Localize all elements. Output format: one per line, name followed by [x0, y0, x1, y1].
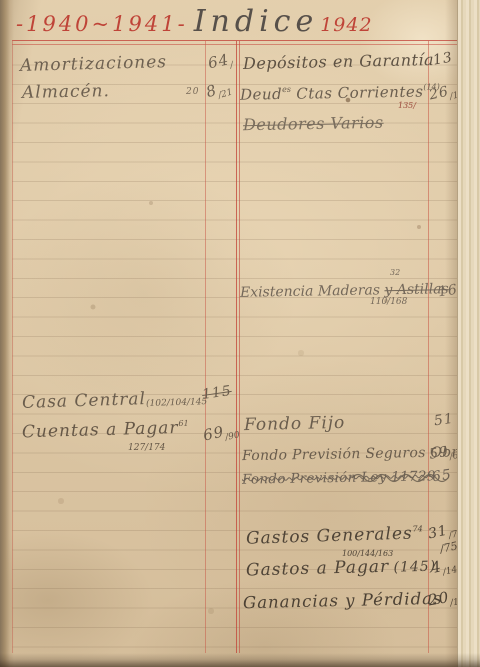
book-fore-edge [457, 0, 480, 667]
ledger-entry-fondo-fijo: Fondo Fijo [244, 413, 346, 435]
title-year-new: 1942 [320, 14, 372, 36]
ledger-entry-existencia-sub: 110/168 [370, 297, 407, 307]
binding-edge [0, 0, 14, 667]
header-rule-top [12, 40, 457, 41]
cuentas-a-pagar-sup: 61 [178, 419, 188, 428]
gastos-generales-sup: 74 [412, 524, 422, 533]
ledger-page: -1940~1941- Indice 1942 Amortizaciones 6… [0, 0, 480, 667]
column-divider-rule-1 [236, 41, 237, 653]
casa-central-folio-refs: (102/104/145 [146, 397, 207, 409]
deud-abbrev-sup: es [282, 85, 291, 94]
ledger-entry-deudores-ctas-corrientes-sub: 135/ [398, 101, 416, 110]
page-title: -1940~1941- Indice 1942 [16, 4, 373, 39]
ledger-entry-deudores-varios: Deudores Varios [243, 113, 384, 134]
ledger-entry-existencia-sup: 32 [390, 268, 400, 277]
header-rule-bottom [12, 44, 457, 45]
ledger-entry-depositos-garantia: Depósitos en Garantía [243, 50, 434, 73]
title-years-old: -1940~1941- [16, 12, 188, 36]
page-curl-shadow [445, 0, 457, 667]
left-amount-rule [205, 41, 206, 653]
ledger-entry-cuentas-a-pagar-sub: 127/174 [128, 443, 165, 453]
ledger-entry-amortizaciones: Amortizaciones [20, 52, 168, 76]
column-divider-rule-2 [239, 41, 240, 653]
ledger-entry-almacen: Almacén. [22, 81, 110, 103]
title-word: Indice [194, 4, 319, 39]
bottom-edge-shadow [0, 653, 480, 667]
ledger-entry-almacen-note: 20 [186, 87, 199, 97]
